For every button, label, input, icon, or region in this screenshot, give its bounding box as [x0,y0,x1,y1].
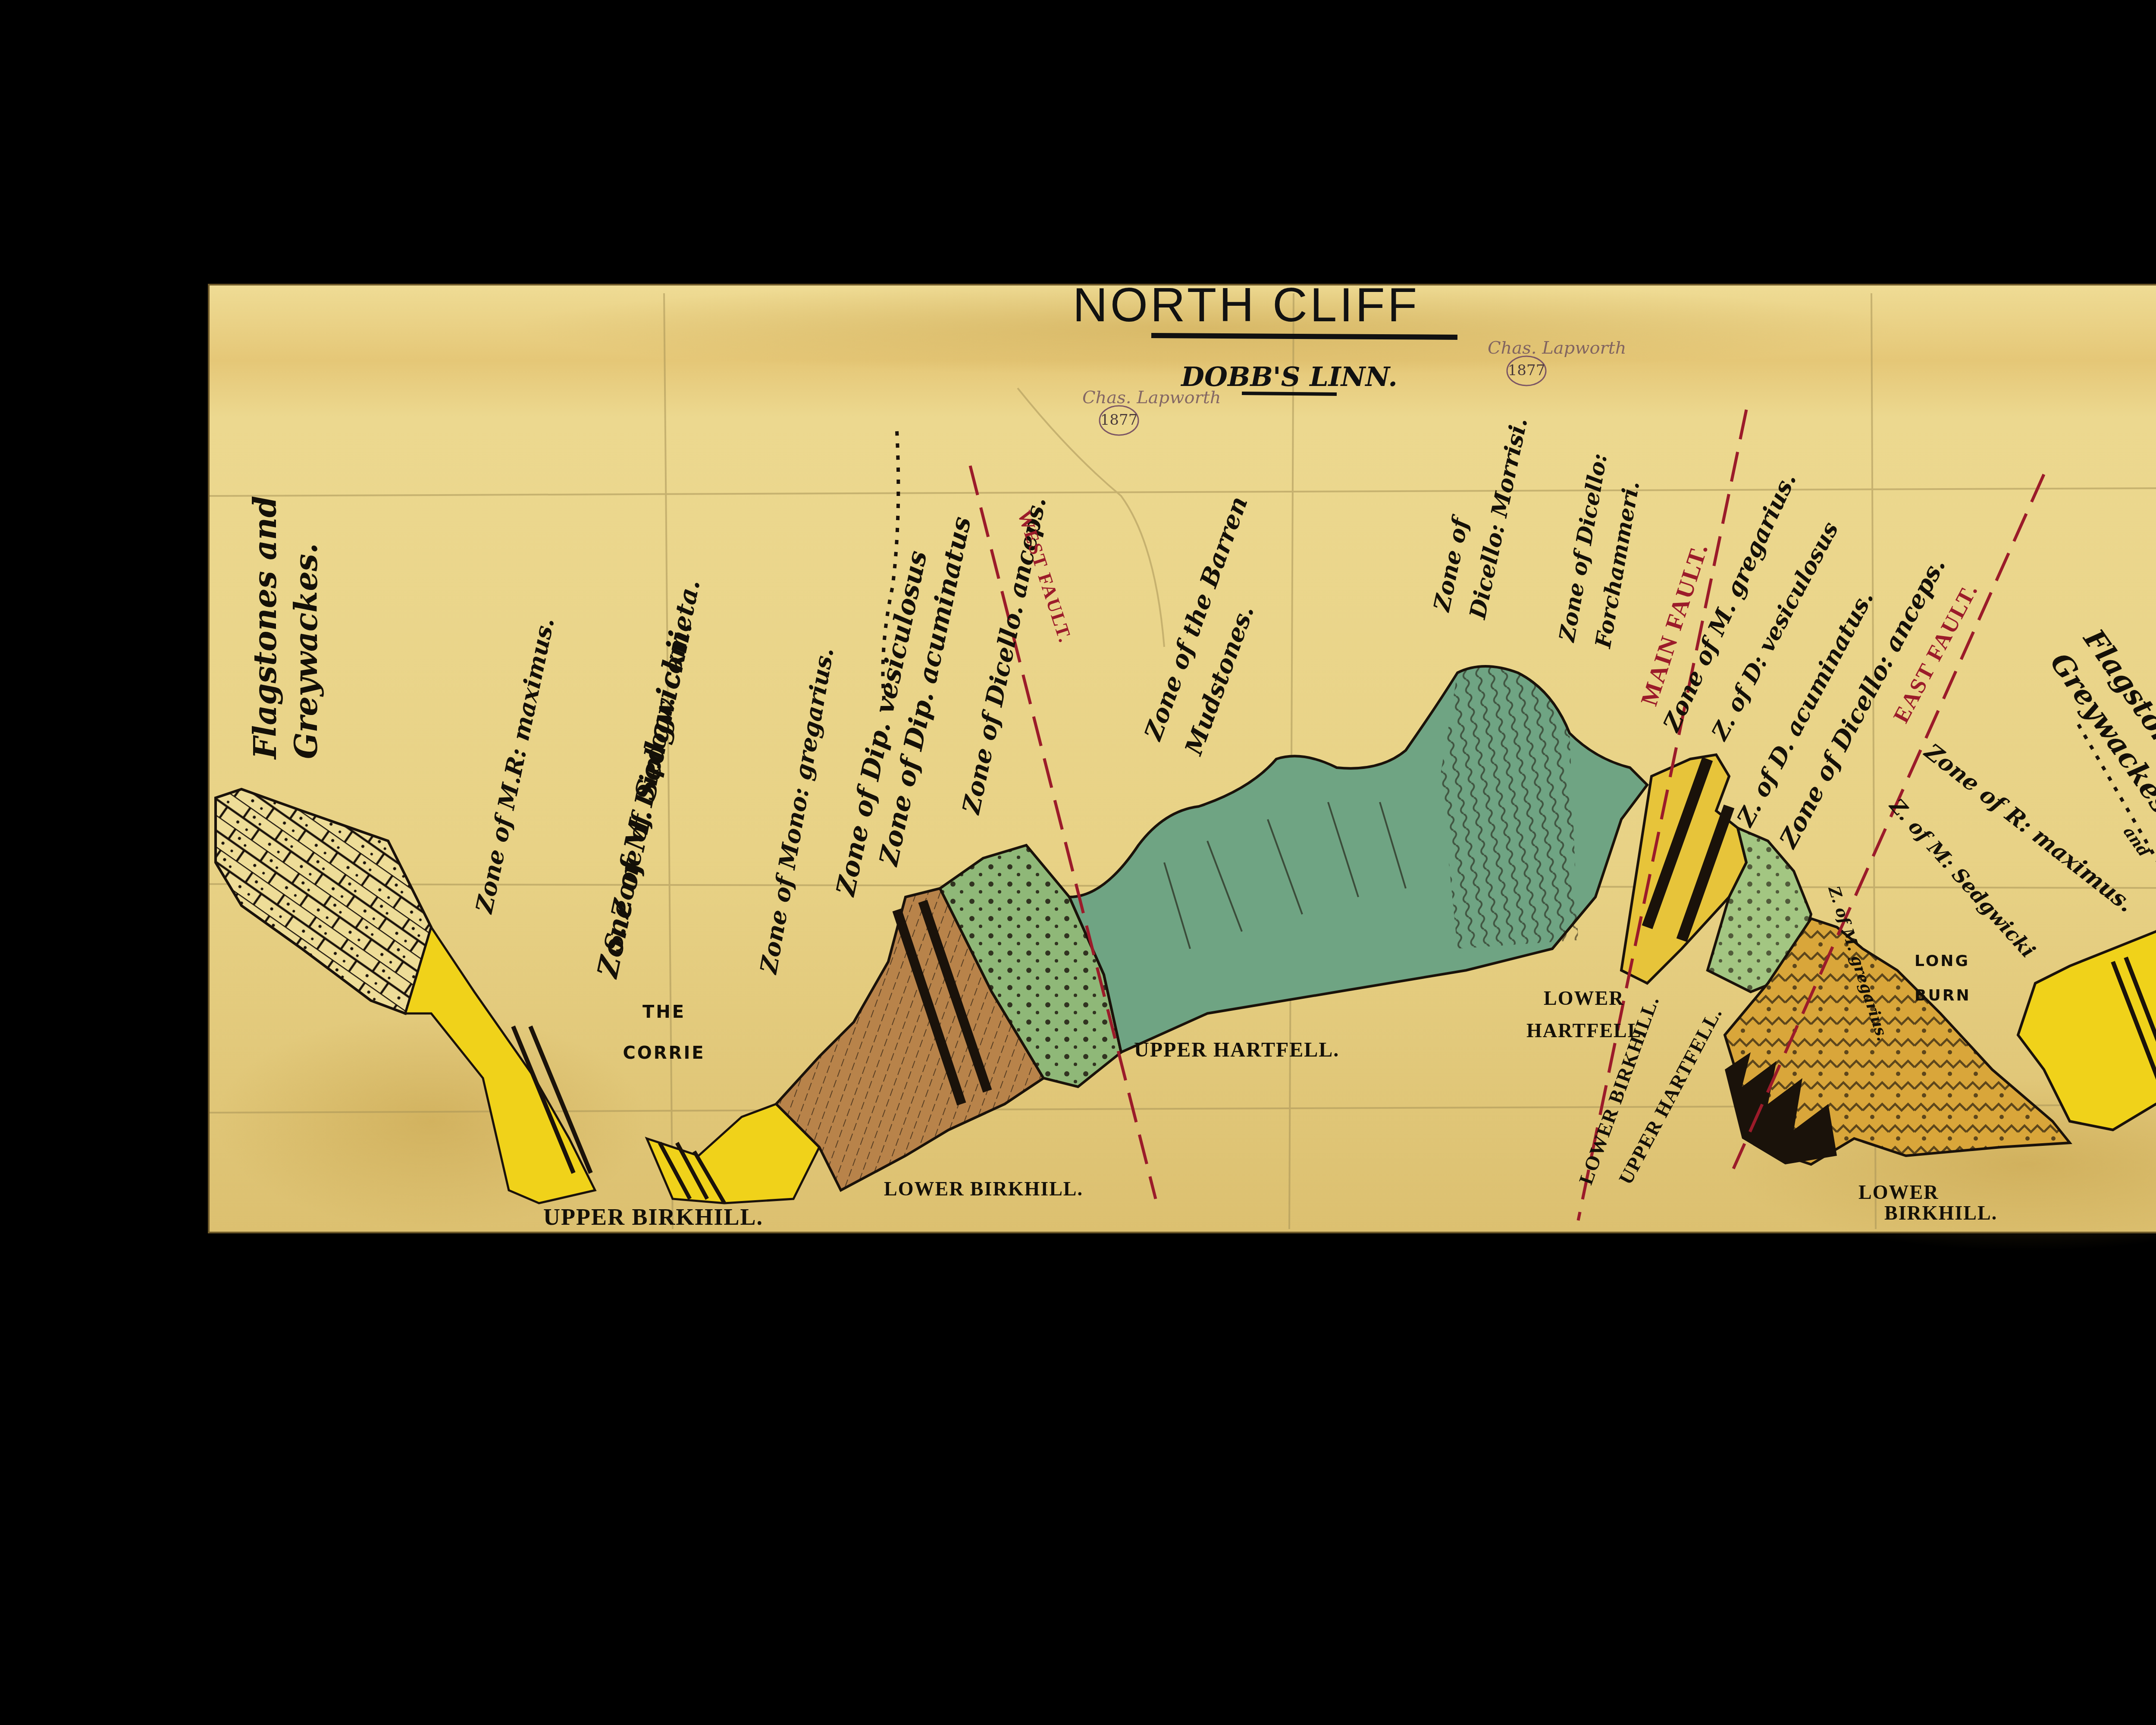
svg-text:UPPER BIRKHILL.: UPPER BIRKHILL. [543,1204,763,1230]
svg-text:Chas. Lapworth: Chas. Lapworth [1488,338,1626,358]
subtitle-underline [1242,393,1337,394]
svg-text:UPPER HARTFELL.: UPPER HARTFELL. [1134,1038,1339,1061]
geological-section: NORTH CLIFF DOBB'S LINN. Chas. Lapworth … [0,0,2156,1725]
svg-text:1877: 1877 [1100,411,1138,429]
svg-text:Chas. Lapworth: Chas. Lapworth [1082,388,1221,408]
title-underline [1151,336,1457,337]
label-upper-birkhill-left: UPPER BIRKHILL. [543,1204,763,1230]
svg-text:LOWER BIRKHILL.: LOWER BIRKHILL. [884,1178,1083,1200]
label-lower-birkhill-left: LOWER BIRKHILL. [884,1178,1083,1200]
label-upper-hartfell: UPPER HARTFELL. [1134,1038,1339,1061]
svg-text:1877: 1877 [1508,362,1545,379]
map-title: NORTH CLIFF [1073,278,1420,332]
